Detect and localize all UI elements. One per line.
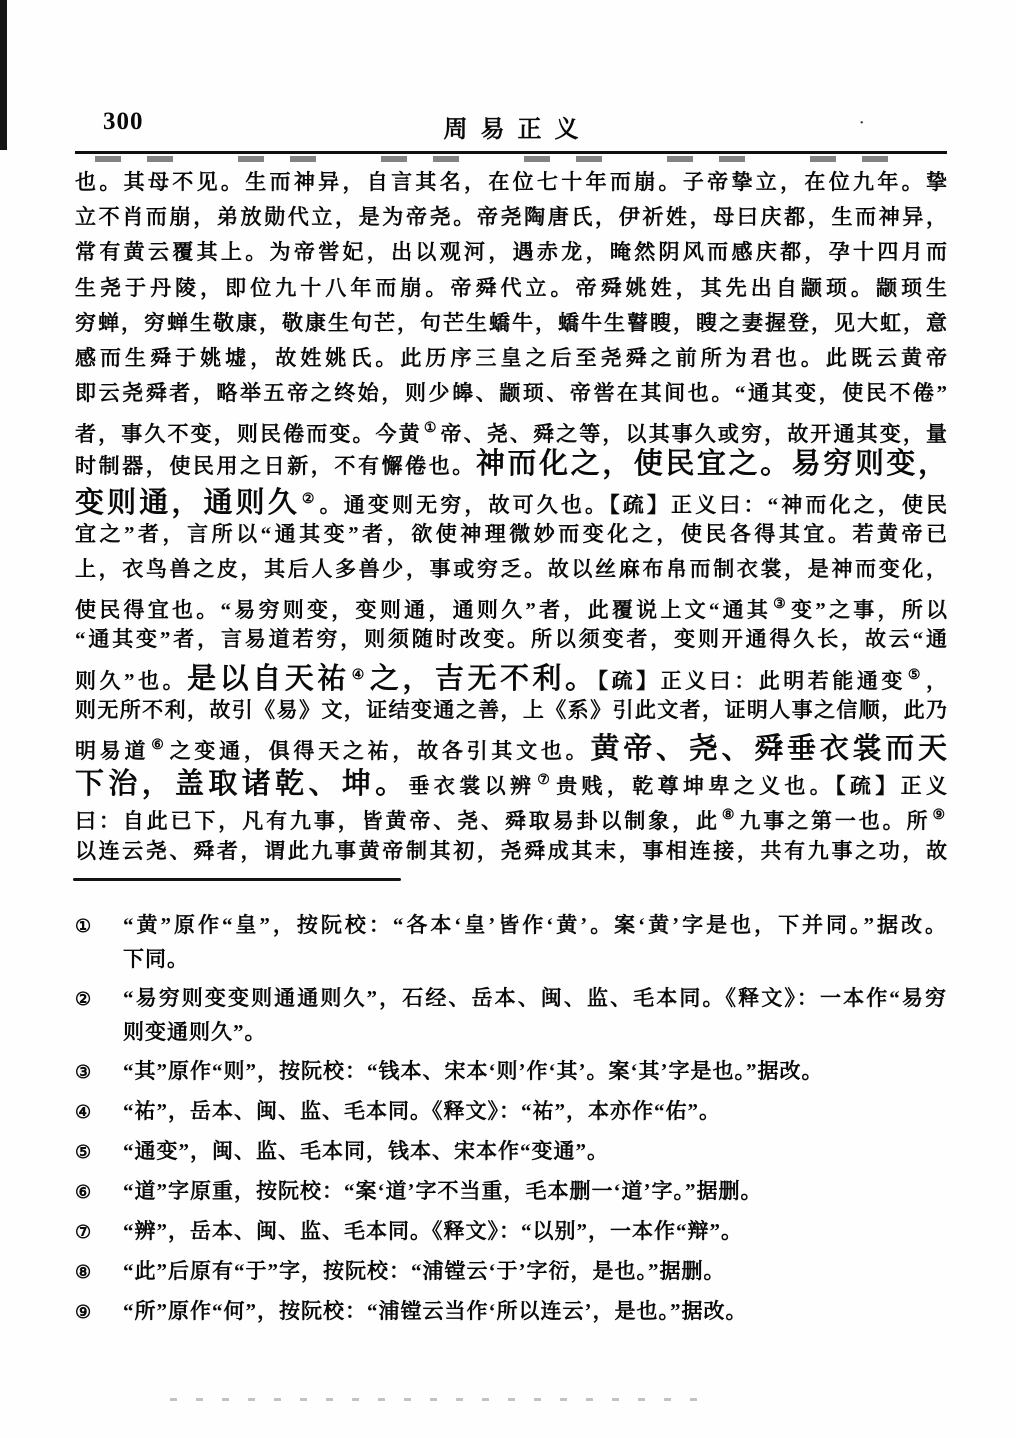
footnote-item: ⑦“辨”，岳本、闽、监、毛本同。《释文》：“以别”，一本作“辩”。 [75,1214,947,1249]
text-line: 宜之”者，言所以“通其变”者，欲使神理微妙而变化之，使民各得其宜。若黄帝已 [75,517,947,552]
text-line: “通其变”者，言易道若穷，则须随时改变。所以须变者，变则开通得久长，故云“通 [75,622,947,657]
footnotes: ①“黄”原作“皇”，按阮校：“各本‘皇’皆作‘黄’。案‘黄’字是也，下并同。”据… [75,908,947,1334]
text-segment: ， [926,669,947,693]
text-segment: 立不肖而崩，弟放勋代立，是为帝尧。帝尧陶唐氏，伊祈姓，母曰庆都，生而神异， [75,205,947,229]
text-segment: 也。其母不见。生而神异，自言其名，在位七十年而崩。子帝挚立，在位九年。挚 [75,170,947,194]
footnote-marker: ⑥ [75,1174,123,1209]
page-header: 300 周易正义 · [75,106,947,148]
text-line: 也。其母不见。生而神异，自言其名，在位七十年而崩。子帝挚立，在位九年。挚 [75,165,947,200]
footnote-text: “此”后原有“于”字，按阮校：“浦镗云‘于’字衍，是也。”据删。 [123,1254,947,1289]
footnote-line: “通变”，闽、监、毛本同，钱本、宋本作“变通”。 [123,1134,947,1168]
footnote-reference-mark: ⑤ [906,668,926,683]
footnote-separator [73,878,401,881]
text-segment: 是以自天祐 [187,663,350,695]
footnote-item: ⑨“所”原作“何”，按阮校：“浦镗云当作‘所以连云’，是也。”据改。 [75,1294,947,1329]
footnote-reference-mark: ③ [771,597,791,612]
footnote-reference-mark: ⑧ [720,808,739,823]
text-segment: 神而化之，使民宜之。易穷则变， [476,448,947,480]
text-line: 以连云尧、舜者，谓此九事黄帝制其初，尧舜成其末，事相连接，共有九事之功，故 [75,834,947,869]
text-segment: “通其变”者，言易道若穷，则须随时改变。所以须变者，变则开通得久长，故云“通 [75,627,947,651]
text-segment: 曰：自此已下，凡有九事，皆黄帝、尧、舜取易卦以制象，此 [75,809,720,833]
text-segment: 感而生舜于姚墟，故姓姚氏。此历序三皇之后至尧舜之前所为君也。此既云黄帝 [75,346,947,370]
footnote-line: “易穷则变变则通通则久”，石经、岳本、闽、监、毛本同。《释文》：一本作“易穷 [123,981,947,1015]
text-segment: 常有黄云覆其上。为帝喾妃，出以观河，遇赤龙，晻然阴风而感庆都，孕十四月而 [75,240,947,264]
text-line: 则久”也。是以自天祐④之，吉无不利。【疏】正义曰：此明若能通变⑤， [75,658,947,693]
footnote-reference-mark: ④ [350,668,370,683]
footnote-item: ⑤“通变”，闽、监、毛本同，钱本、宋本作“变通”。 [75,1134,947,1169]
header-rule [75,151,947,154]
footnote-marker: ⑦ [75,1214,123,1249]
footnote-marker: ③ [75,1054,123,1089]
footnote-item: ②“易穷则变变则通通则久”，石经、岳本、闽、监、毛本同。《释文》：一本作“易穷则… [75,981,947,1049]
text-segment: 穷蝉，穷蝉生敬康，敬康生句芒，句芒生蟜牛，蟜牛生瞽瞍，瞍之妻握登，见大虹，意 [75,311,947,335]
footnote-marker: ④ [75,1094,123,1129]
footnote-reference-mark: ⑥ [149,738,169,753]
text-segment: 变”之事，所以 [791,598,947,622]
text-segment: 则无所不利，故引《易》文，证结变通之善，上《系》引此文者，证明人事之信顺，此乃 [75,698,947,722]
text-segment: 明易道 [75,739,149,763]
footnote-marker: ① [75,908,123,976]
header-dot-mark: · [858,112,865,135]
footnote-line: 则变通则久”。 [123,1015,947,1049]
scanned-book-page: 300 周易正义 · 也。其母不见。生而神异，自言其名，在位七十年而崩。子帝挚立… [0,0,1016,1438]
text-segment: 者，事久不变，则民倦而变。今黄 [75,422,422,446]
text-line: 使民得宜也。“易穷则变，变则通，通则久”者，此覆说上文“通其③变”之事，所以 [75,587,947,622]
footnote-text: “所”原作“何”，按阮校：“浦镗云当作‘所以连云’，是也。”据改。 [123,1294,947,1329]
footnote-line: “道”字原重，按阮校：“案‘道’字不当重，毛本删一‘道’字。”据删。 [123,1174,947,1208]
text-segment: 【疏】正义曰：此明若能通变 [598,669,906,693]
footnote-line: “所”原作“何”，按阮校：“浦镗云当作‘所以连云’，是也。”据改。 [123,1294,947,1328]
text-segment: 下治，盖取诸乾、坤。 [75,768,409,800]
footnote-text: “黄”原作“皇”，按阮校：“各本‘皇’皆作‘黄’。案‘黄’字是也，下并同。”据改… [123,908,947,976]
scan-artifact-bottom [170,1398,700,1401]
text-line: 者，事久不变，则民倦而变。今黄①帝、尧、舜之等，以其事久或穷，故开通其变，量 [75,411,947,446]
text-line: 立不肖而崩，弟放勋代立，是为帝尧。帝尧陶唐氏，伊祈姓，母曰庆都，生而神异， [75,200,947,235]
text-segment: 垂衣裳以辨 [409,774,536,798]
text-line: 即云尧舜者，略举五帝之终始，则少皞、颛顼、帝喾在其间也。“通其变，使民不倦” [75,376,947,411]
footnote-text: “通变”，闽、监、毛本同，钱本、宋本作“变通”。 [123,1134,947,1169]
text-line: 生尧于丹陵，即位九十八年而崩。帝舜代立。帝舜姚姓，其先出自颛顼。颛顼生 [75,271,947,306]
text-segment: 则久”也。 [75,669,187,693]
text-segment: 黄帝、尧、舜垂衣裳而天 [590,733,947,765]
footnote-item: ①“黄”原作“皇”，按阮校：“各本‘皇’皆作‘黄’。案‘黄’字是也，下并同。”据… [75,908,947,976]
footnote-line: “辨”，岳本、闽、监、毛本同。《释文》：“以别”，一本作“辩”。 [123,1214,947,1248]
scan-bleed-smudges [95,156,921,162]
text-line: 则无所不利，故引《易》文，证结变通之善，上《系》引此文者，证明人事之信顺，此乃 [75,693,947,728]
scan-artifact-left-bar [0,0,7,150]
text-line: 明易道⑥之变通，俱得天之祐，故各引其文也。黄帝、尧、舜垂衣裳而天 [75,728,947,763]
footnote-reference-mark: ① [422,421,441,436]
text-line: 曰：自此已下，凡有九事，皆黄帝、尧、舜取易卦以制象，此⑧九事之第一也。所⑨ [75,798,947,833]
footnote-marker: ② [75,981,123,1049]
text-segment: 之，吉无不利。 [370,663,598,695]
footnote-line: 下同。 [123,942,947,976]
text-line: 常有黄云覆其上。为帝喾妃，出以观河，遇赤龙，晻然阴风而感庆都，孕十四月而 [75,235,947,270]
text-segment: 之变通，俱得天之祐，故各引其文也。 [170,739,591,763]
footnote-text: “其”原作“则”，按阮校：“钱本、宋本‘则’作‘其’。案‘其’字是也。”据改。 [123,1054,947,1089]
footnote-line: “其”原作“则”，按阮校：“钱本、宋本‘则’作‘其’。案‘其’字是也。”据改。 [123,1054,947,1088]
text-segment: 帝、尧、舜之等，以其事久或穷，故开通其变，量 [440,422,947,446]
text-segment: 使民得宜也。“易穷则变，变则通，通则久”者，此覆说上文“通其 [75,598,771,622]
footnote-text: “易穷则变变则通通则久”，石经、岳本、闽、监、毛本同。《释文》：一本作“易穷则变… [123,981,947,1049]
text-segment: 宜之”者，言所以“通其变”者，欲使神理微妙而变化之，使民各得其宜。若黄帝已 [75,522,947,546]
text-segment: 。通变则无穷，故可久也。【疏】正义曰：“神而化之，使民 [320,493,947,517]
text-line: 时制器，使民用之日新，不有懈倦也。神而化之，使民宜之。易穷则变， [75,447,947,482]
footnote-reference-mark: ② [300,492,320,507]
body-text: 也。其母不见。生而神异，自言其名，在位七十年而崩。子帝挚立，在位九年。挚立不肖而… [75,165,947,869]
text-segment: 九事之第一也。所 [739,809,930,833]
text-segment: 贵贱，乾尊坤卑之义也。【疏】正义 [556,774,947,798]
footnote-line: “黄”原作“皇”，按阮校：“各本‘皇’皆作‘黄’。案‘黄’字是也，下并同。”据改… [123,908,947,942]
footnote-text: “祐”，岳本、闽、监、毛本同。《释文》：“祐”，本亦作“佑”。 [123,1094,947,1129]
text-segment: 上，衣鸟兽之皮，其后人多兽少，事或穷乏。故以丝麻布帛而制衣裳，是神而变化， [75,557,947,581]
footnote-reference-mark: ⑦ [535,773,556,788]
text-line: 下治，盖取诸乾、坤。垂衣裳以辨⑦贵贱，乾尊坤卑之义也。【疏】正义 [75,763,947,798]
footnote-marker: ⑤ [75,1134,123,1169]
text-segment: 即云尧舜者，略举五帝之终始，则少皞、颛顼、帝喾在其间也。“通其变，使民不倦” [75,381,947,405]
footnote-line: “祐”，岳本、闽、监、毛本同。《释文》：“祐”，本亦作“佑”。 [123,1094,947,1128]
text-segment: 时制器，使民用之日新，不有懈倦也。 [75,454,476,478]
footnote-item: ⑥“道”字原重，按阮校：“案‘道’字不当重，毛本删一‘道’字。”据删。 [75,1174,947,1209]
footnote-item: ⑧“此”后原有“于”字，按阮校：“浦镗云‘于’字衍，是也。”据删。 [75,1254,947,1289]
footnote-reference-mark: ⑨ [930,808,947,823]
text-segment: 变则通，通则久 [75,487,300,519]
footnote-text: “辨”，岳本、闽、监、毛本同。《释文》：“以别”，一本作“辩”。 [123,1214,947,1249]
footnote-item: ③“其”原作“则”，按阮校：“钱本、宋本‘则’作‘其’。案‘其’字是也。”据改。 [75,1054,947,1089]
text-line: 上，衣鸟兽之皮，其后人多兽少，事或穷乏。故以丝麻布帛而制衣裳，是神而变化， [75,552,947,587]
footnote-marker: ⑧ [75,1254,123,1289]
footnote-text: “道”字原重，按阮校：“案‘道’字不当重，毛本删一‘道’字。”据删。 [123,1174,947,1209]
text-line: 穷蝉，穷蝉生敬康，敬康生句芒，句芒生蟜牛，蟜牛生瞽瞍，瞍之妻握登，见大虹，意 [75,306,947,341]
page-title: 周易正义 [75,109,947,144]
text-segment: 生尧于丹陵，即位九十八年而崩。帝舜代立。帝舜姚姓，其先出自颛顼。颛顼生 [75,276,947,300]
text-line: 感而生舜于姚墟，故姓姚氏。此历序三皇之后至尧舜之前所为君也。此既云黄帝 [75,341,947,376]
footnote-line: “此”后原有“于”字，按阮校：“浦镗云‘于’字衍，是也。”据删。 [123,1254,947,1288]
footnote-item: ④“祐”，岳本、闽、监、毛本同。《释文》：“祐”，本亦作“佑”。 [75,1094,947,1129]
footnote-marker: ⑨ [75,1294,123,1329]
text-line: 变则通，通则久②。通变则无穷，故可久也。【疏】正义曰：“神而化之，使民 [75,482,947,517]
text-segment: 以连云尧、舜者，谓此九事黄帝制其初，尧舜成其末，事相连接，共有九事之功，故 [75,839,947,863]
